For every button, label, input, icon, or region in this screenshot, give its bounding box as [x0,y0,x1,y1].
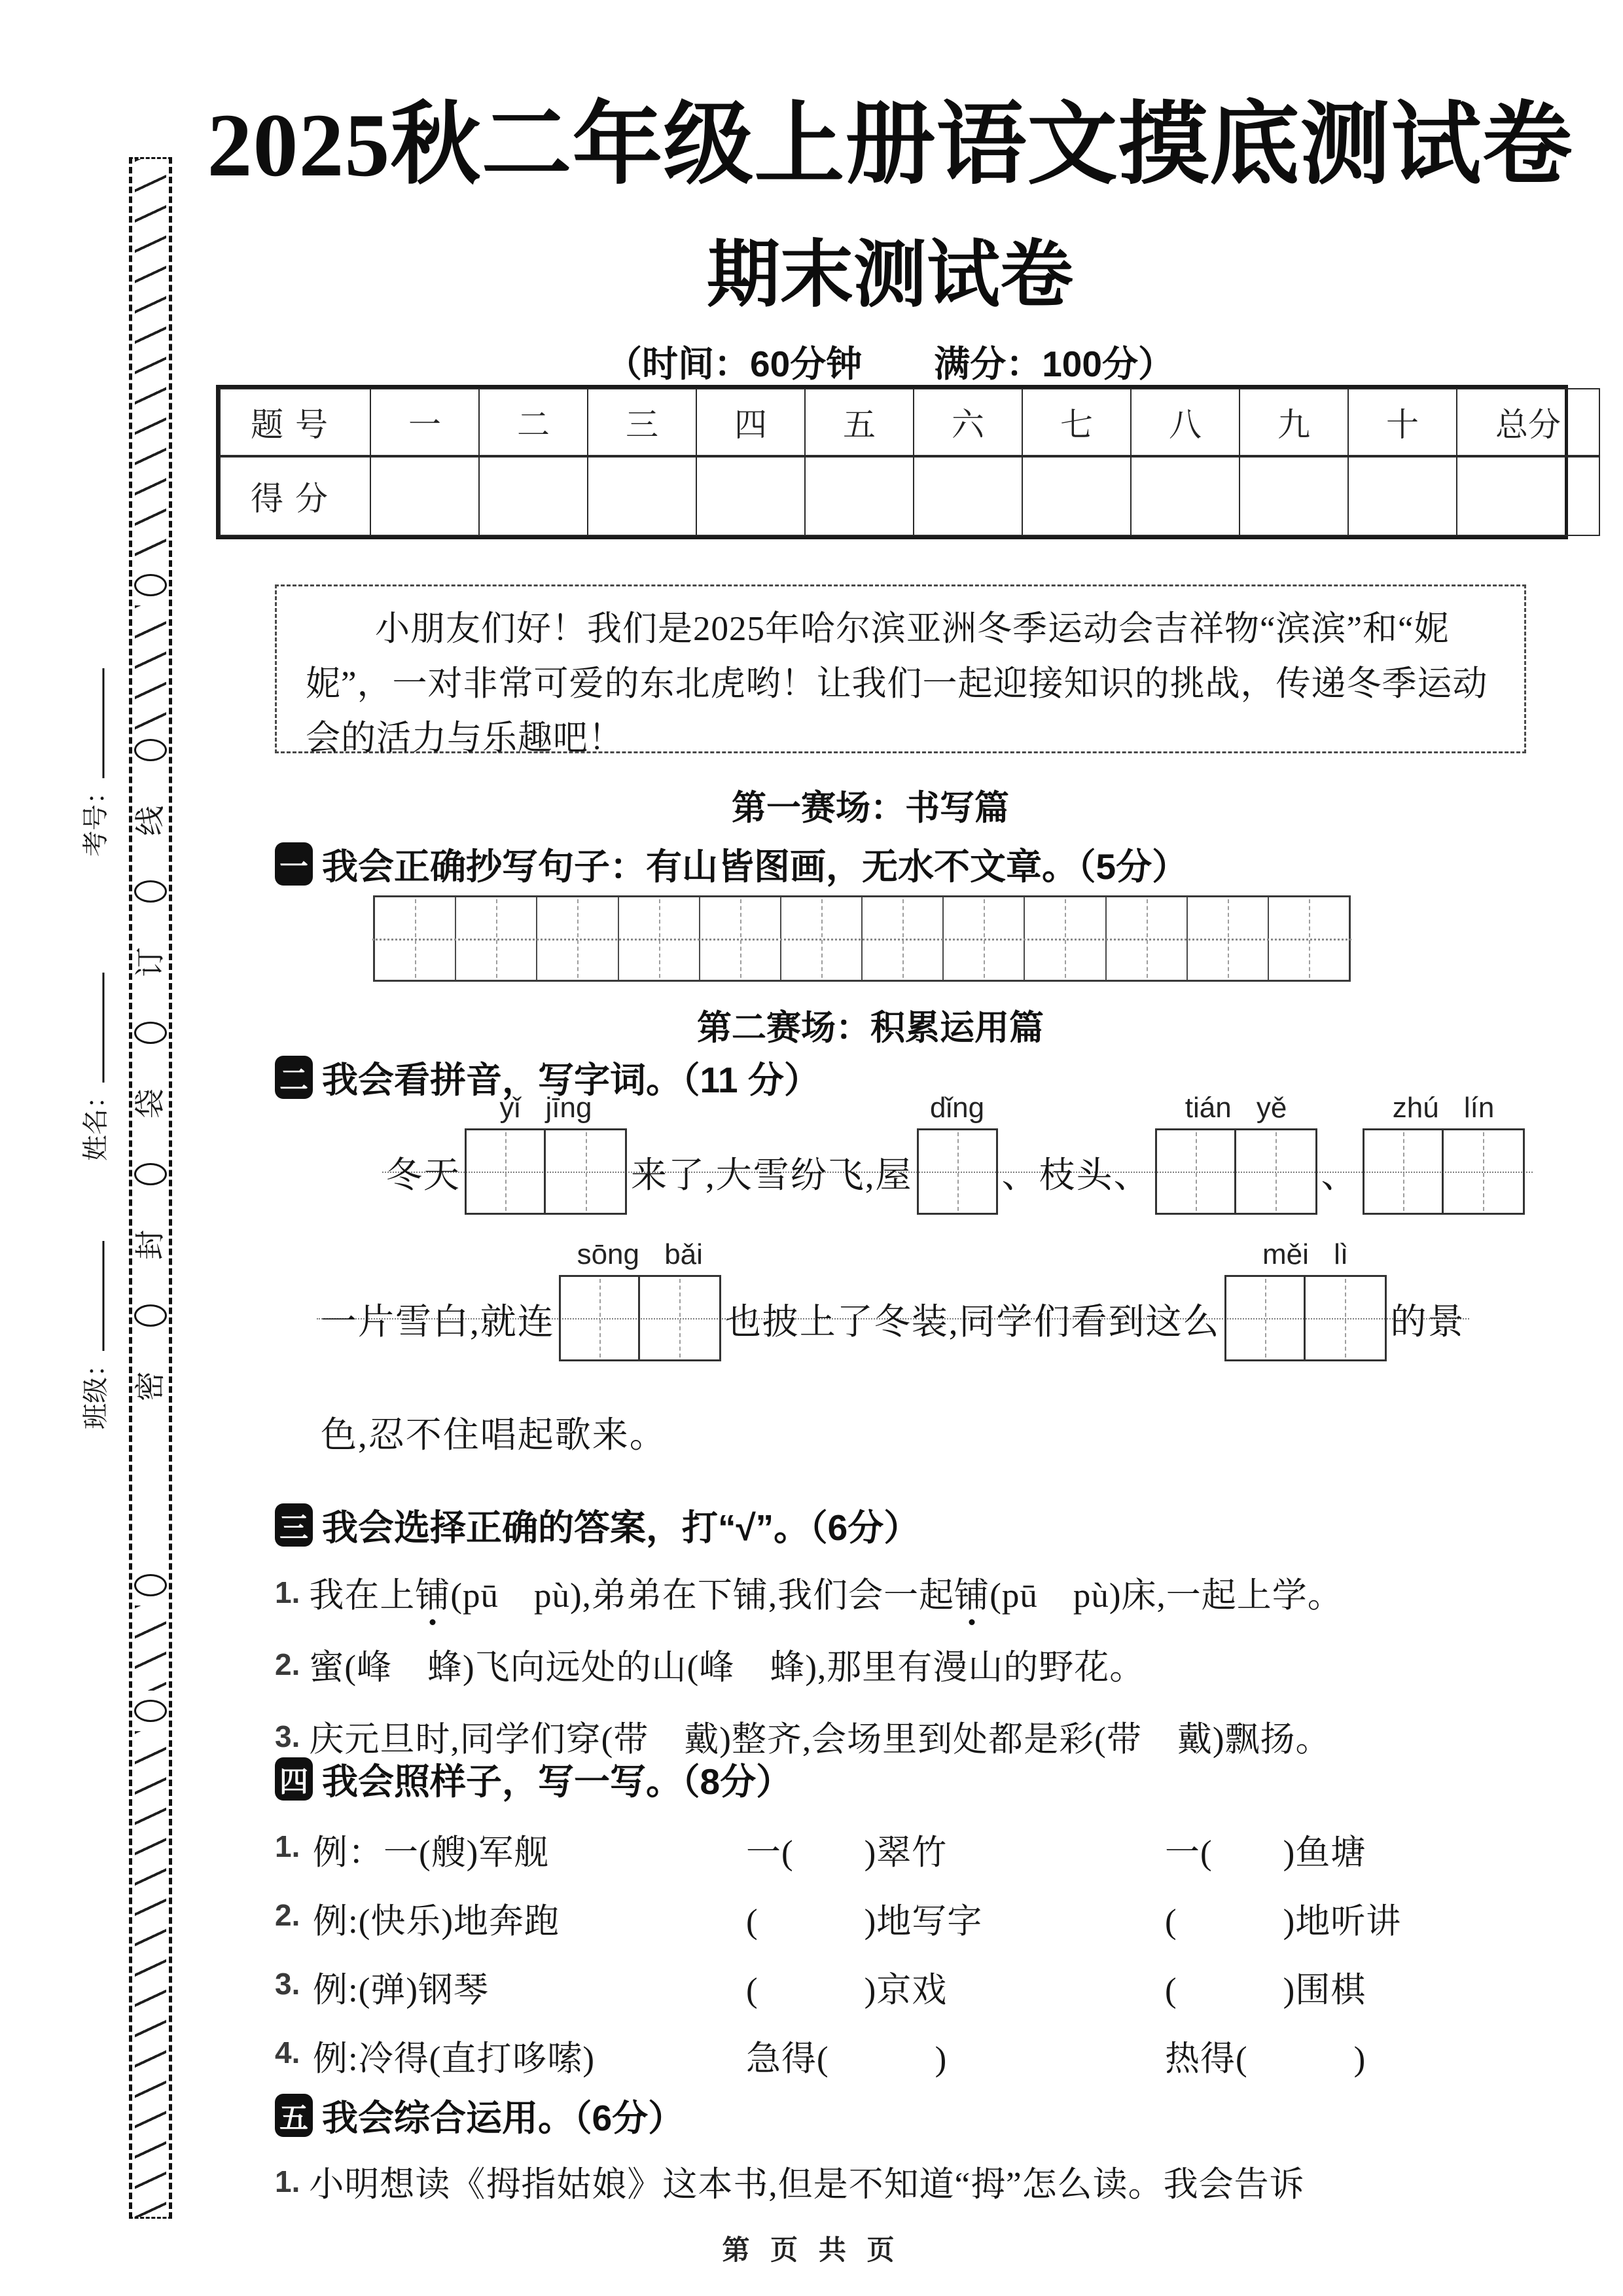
item-column-3: 热得( ) [1165,2031,1366,2081]
question-5-header: 五 我会综合运用。（6分） [275,2089,684,2141]
item-text-segment: (pū pù),弟弟在下铺,我们会一起 [450,1577,954,1615]
seal-char: 线 [135,806,166,836]
writing-cell[interactable] [546,1128,627,1215]
question-4-title: 我会照样子，写一写。（8分） [322,1753,792,1804]
seal-circle [134,880,167,903]
seal-label-name: 姓名： [75,973,113,1161]
copy-grid-cell[interactable] [863,897,944,980]
score-col-header: 六 [914,389,1022,456]
time-score-line: （时间：60分钟 满分：100分） [196,335,1584,387]
question-3-number-badge: 三 [275,1503,313,1547]
item-text: 小明想读《拇指姑娘》这本书,但是不知道“拇”怎么读。我会告诉 [309,2157,1304,2206]
pinyin-label: zhú lín [1363,1092,1525,1128]
copy-grid-cell[interactable] [456,897,537,980]
seal-strip: 线订袋封密 [129,157,172,2219]
hash-marks [135,1605,166,1691]
item-number: 2. [275,1647,300,1682]
question-2-number-badge: 二 [275,1056,313,1099]
score-value-cell[interactable] [914,456,1022,535]
item-text-segment: (pū pù)床,一起上学。 [990,1577,1343,1615]
question-1-number-badge: 一 [275,842,313,886]
copy-grid-cell[interactable] [700,897,781,980]
copy-grid-cell[interactable] [375,897,456,980]
score-corner-label: 题号 [220,389,370,456]
score-col-header: 四 [696,389,805,456]
seal-circle [134,1022,167,1044]
score-table: 题号 一二三四五六七八九十总分 得分 [216,385,1568,539]
item-column-1: 例：一(艘)军舰 [313,1825,549,1874]
fill-text: 的景 [1391,1275,1465,1361]
copy-grid [373,895,1351,982]
copy-grid-cell[interactable] [1269,897,1349,980]
pinyin-box-group: měi lì [1224,1238,1387,1361]
score-col-header: 二 [479,389,588,456]
writing-cell[interactable] [559,1275,640,1361]
item-column-3: ( )围棋 [1165,1962,1366,2012]
question-4-header: 四 我会照样子，写一写。（8分） [275,1753,792,1804]
fill-text: 、 [1321,1128,1359,1215]
writing-cell[interactable] [1444,1128,1525,1215]
score-value-cell[interactable] [696,456,805,535]
item-column-3: ( )地听讲 [1165,1893,1401,1943]
item-text-segment: 铺 [954,1577,990,1615]
score-header-row: 题号 一二三四五六七八九十总分 [220,389,1599,456]
pinyin-box-group: tián yě [1155,1092,1317,1215]
item-column-3: 一( )鱼塘 [1165,1825,1366,1874]
seal-circle [134,574,167,596]
seal-circle [134,1700,167,1722]
pinyin-box-group: zhú lín [1363,1092,1525,1215]
question-3-title: 我会选择正确的答案，打“√”。（6分） [322,1499,919,1551]
question-3-header: 三 我会选择正确的答案，打“√”。（6分） [275,1499,919,1551]
item-text: 蜜(峰 蜂)飞向远处的山(峰 蜂),那里有漫山的野花。 [309,1640,1145,1689]
score-value-cell[interactable] [1022,456,1131,535]
item-column-1: 例:冷得(直打哆嗦) [313,2031,595,2081]
copy-grid-cell[interactable] [619,897,700,980]
score-value-cell[interactable] [479,456,588,535]
fill-text: 一片雪白,就连 [321,1275,555,1361]
copy-grid-cell[interactable] [781,897,863,980]
seal-char: 订 [135,947,166,977]
seal-circle [134,1163,167,1185]
writing-cell[interactable] [1306,1275,1387,1361]
writing-cell[interactable] [640,1275,721,1361]
score-col-header: 三 [588,389,696,456]
page-title: 2025秋二年级上册语文摸底测试卷 [196,98,1584,193]
score-col-header: 五 [805,389,914,456]
writing-cell[interactable] [917,1128,998,1215]
writing-boxes [1224,1275,1387,1361]
item-number: 3. [275,1719,300,1754]
item-column-2: 一( )翠竹 [746,1825,947,1874]
question-5-title: 我会综合运用。（6分） [322,2089,684,2141]
question-5-number-badge: 五 [275,2094,313,2137]
question-3-item: 2.蜜(峰 蜂)飞向远处的山(峰 蜂),那里有漫山的野花。 [275,1643,1343,1686]
item-column-1: 例:(快乐)地奔跑 [313,1893,560,1943]
fill-text: 冬天 [386,1128,461,1215]
blank-line [79,973,105,1083]
item-number: 1. [275,2164,300,2199]
score-value-cell[interactable] [1240,456,1348,535]
pinyin-label: dǐng [917,1092,998,1128]
hash-marks [135,159,166,565]
question-1-header: 一 我会正确抄写句子：有山皆图画，无水不文章。（5分） [275,838,1188,889]
blank-line [79,1241,105,1351]
seal-char: 密 [135,1371,166,1401]
item-column-1: 例:(弹)钢琴 [313,1962,489,2012]
item-text-segment: 铺 [415,1577,450,1615]
page-footer: 第 页 共 页 [0,2229,1623,2268]
page-subtitle: 期末测试卷 [196,216,1584,321]
score-value-cell[interactable] [370,456,479,535]
score-value-cell[interactable] [588,456,696,535]
item-number: 2. [275,1897,300,1933]
seal-label-class: 班级： [75,1241,113,1429]
question-1-title: 我会正确抄写句子：有山皆图画，无水不文章。（5分） [322,838,1188,889]
greeting-box: 小朋友们好！我们是2025年哈尔滨亚洲冬季运动会吉祥物“滨滨”和“妮妮”，一对非… [275,584,1526,753]
score-col-header: 九 [1240,389,1348,456]
item-column-2: ( )地写字 [746,1893,982,1943]
question-3-item: 3.庆元旦时,同学们穿(带 戴)整齐,会场里到处都是彩(带 戴)飘扬。 [275,1715,1343,1758]
copy-grid-cell[interactable] [1188,897,1269,980]
seal-label-text: 班级： [81,1351,111,1429]
item-text-segment: 我在上 [309,1577,415,1615]
writing-boxes [1363,1128,1525,1215]
pinyin-fill-line-2: 一片雪白,就连sōng bǎi也披上了冬装,同学们看到这么měi lì的景 [321,1238,1465,1361]
score-value-cell[interactable] [805,456,914,535]
item-text-segment: 蜜(峰 蜂)飞向远处的山(峰 蜂),那里有漫山的野花。 [309,1649,1145,1687]
item-number: 4. [275,2035,300,2070]
score-col-header: 总分 [1457,389,1599,456]
score-col-header: 十 [1348,389,1457,456]
hash-marks [135,605,166,730]
score-col-header: 八 [1131,389,1240,456]
pinyin-label: sōng bǎi [559,1238,721,1275]
seal-char: 袋 [135,1088,166,1119]
pinyin-label: yǐ jīng [465,1092,627,1128]
question-5-items: 1.小明想读《拇指姑娘》这本书,但是不知道“拇”怎么读。我会告诉 [275,2160,1305,2232]
writing-cell[interactable] [1224,1275,1306,1361]
item-column-2: ( )京戏 [746,1962,947,2012]
copy-grid-cell[interactable] [1025,897,1106,980]
score-col-header: 七 [1022,389,1131,456]
seal-circle [134,1574,167,1596]
pinyin-label: tián yě [1155,1092,1317,1128]
pinyin-box-group: dǐng [917,1092,998,1215]
pinyin-fill-line-1: 冬天yǐ jīng来了,大雪纷飞,屋dǐng、枝头、tián yě、zhú lí… [386,1092,1529,1215]
seal-label-text: 考号： [81,778,111,857]
writing-cell[interactable] [1363,1128,1444,1215]
fill-text: 来了,大雪纷飞,屋 [631,1128,913,1215]
writing-cell[interactable] [1236,1128,1317,1215]
question-4-number-badge: 四 [275,1757,313,1801]
item-text: 我在上铺(pū pù),弟弟在下铺,我们会一起铺(pū pù)床,一起上学。 [309,1568,1342,1617]
score-value-cell[interactable] [1348,456,1457,535]
copy-grid-cell[interactable] [944,897,1025,980]
pinyin-label: měi lì [1224,1238,1387,1275]
seal-char: 封 [135,1230,166,1260]
seal-circle [134,739,167,761]
writing-boxes [465,1128,627,1215]
writing-boxes [1155,1128,1317,1215]
question-5-item: 1.小明想读《拇指姑娘》这本书,但是不知道“拇”怎么读。我会告诉 [275,2160,1305,2203]
section-heading-2: 第二赛场：积累运用篇 [216,1000,1525,1050]
item-number: 1. [275,1575,300,1610]
blank-line [79,668,105,778]
section-heading-1: 第一赛场：书写篇 [216,780,1525,830]
item-number: 3. [275,1966,300,2001]
score-value-cell[interactable] [1131,456,1240,535]
score-col-header: 一 [370,389,479,456]
writing-boxes [559,1275,721,1361]
fill-text: 也披上了冬装,同学们看到这么 [725,1275,1221,1361]
writing-cell[interactable] [465,1128,546,1215]
pinyin-box-group: yǐ jīng [465,1092,627,1215]
question-3-item: 1.我在上铺(pū pù),弟弟在下铺,我们会一起铺(pū pù)床,一起上学。 [275,1571,1343,1614]
fill-text: 、枝头、 [1002,1128,1151,1215]
pinyin-box-group: sōng bǎi [559,1238,721,1361]
score-value-cell[interactable] [1457,456,1599,535]
score-value-row: 得分 [220,456,1599,535]
seal-label-text: 姓名： [81,1083,111,1161]
seal-circle [134,1304,167,1327]
item-number: 1. [275,1829,300,1864]
fill-line-continuation: 色,忍不住唱起歌来。 [321,1406,667,1458]
hash-marks [135,1731,166,2217]
writing-cell[interactable] [1155,1128,1236,1215]
item-column-2: 急得( ) [746,2031,947,2081]
writing-boxes [917,1128,998,1215]
copy-grid-cell[interactable] [1107,897,1188,980]
copy-grid-cell[interactable] [537,897,618,980]
seal-label-exam-number: 考号： [75,668,113,857]
score-row-label: 得分 [220,456,370,535]
